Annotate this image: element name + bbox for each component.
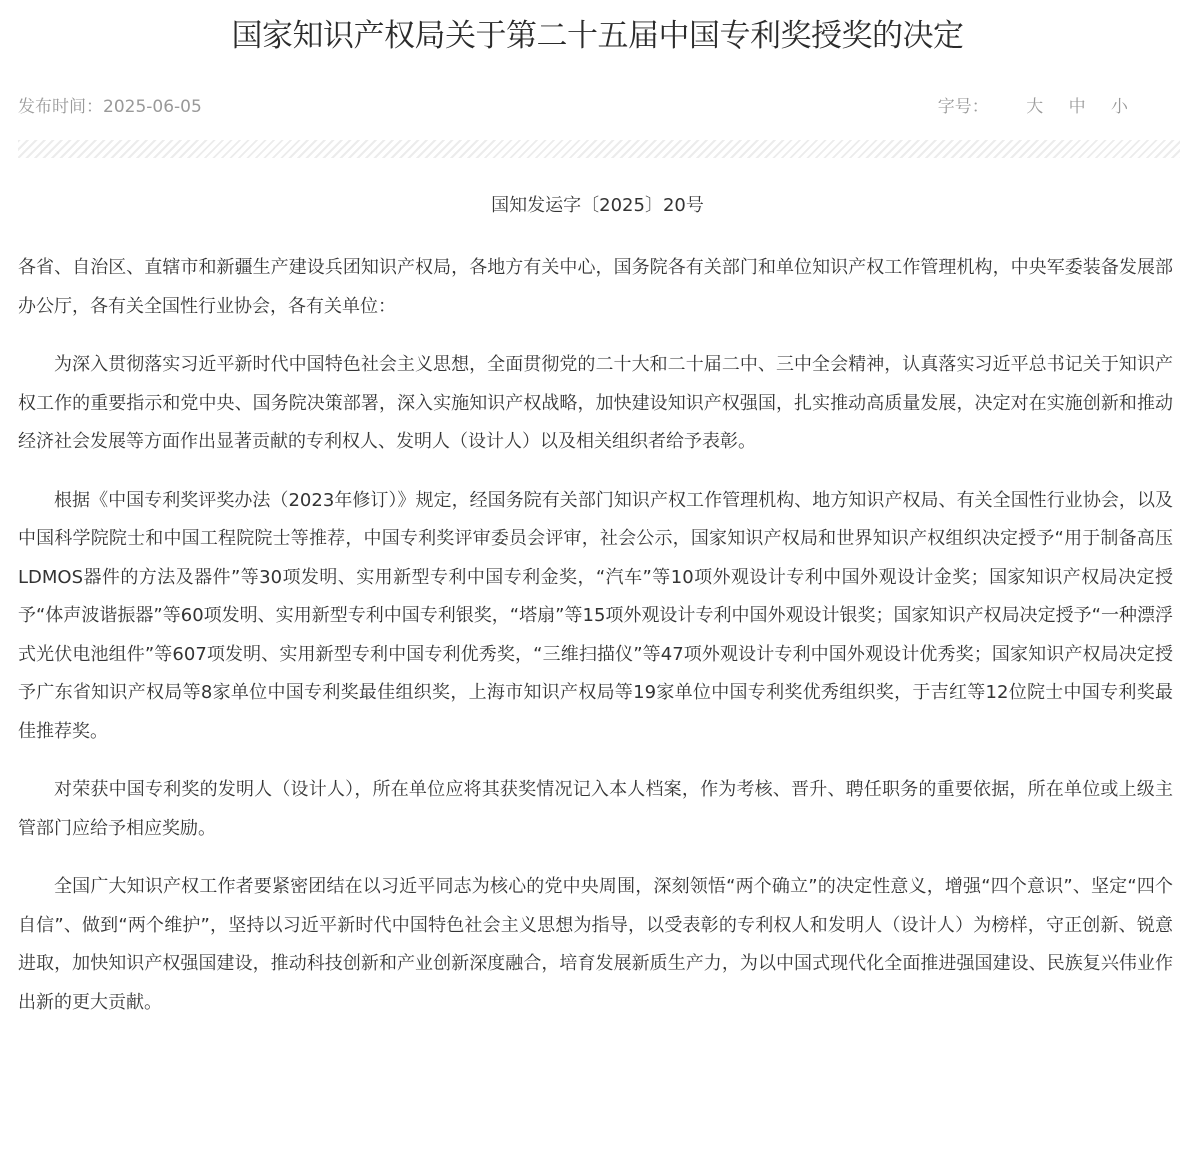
body-paragraph: 根据《中国专利奖评奖办法（2023年修订）》规定，经国务院有关部门知识产权工作管… <box>18 482 1173 752</box>
font-size-switcher: 字号： 大 中 小 <box>938 94 1128 120</box>
font-size-medium-button[interactable]: 中 <box>1069 97 1086 117</box>
article-meta: 发布时间：2025-06-05 字号： 大 中 小 <box>18 94 1128 120</box>
body-paragraph: 全国广大知识产权工作者要紧密团结在以习近平同志为核心的党中央周围，深刻领悟“两个… <box>18 868 1173 1022</box>
addressee-paragraph: 各省、自治区、直辖市和新疆生产建设兵团知识产权局，各地方有关中心，国务院各有关部… <box>18 249 1173 326</box>
font-size-small-button[interactable]: 小 <box>1111 97 1128 117</box>
article-body: 各省、自治区、直辖市和新疆生产建设兵团知识产权局，各地方有关中心，国务院各有关部… <box>18 249 1173 1042</box>
page-title: 国家知识产权局关于第二十五届中国专利奖授奖的决定 <box>0 14 1180 58</box>
hatched-divider <box>18 140 1180 158</box>
article-page: 国家知识产权局关于第二十五届中国专利奖授奖的决定 发布时间：2025-06-05… <box>0 0 1180 1162</box>
font-size-large-button[interactable]: 大 <box>1026 97 1043 117</box>
document-number: 国知发运字〔2025〕20号 <box>0 192 1180 220</box>
publish-date: 2025-06-05 <box>103 97 202 117</box>
publish-info: 发布时间：2025-06-05 <box>18 94 202 120</box>
body-paragraph: 为深入贯彻落实习近平新时代中国特色社会主义思想，全面贯彻党的二十大和二十届二中、… <box>18 346 1173 462</box>
publish-label: 发布时间： <box>18 97 103 117</box>
font-size-label: 字号： <box>938 97 989 117</box>
body-paragraph: 对荣获中国专利奖的发明人（设计人），所在单位应将其获奖情况记入本人档案，作为考核… <box>18 771 1173 848</box>
